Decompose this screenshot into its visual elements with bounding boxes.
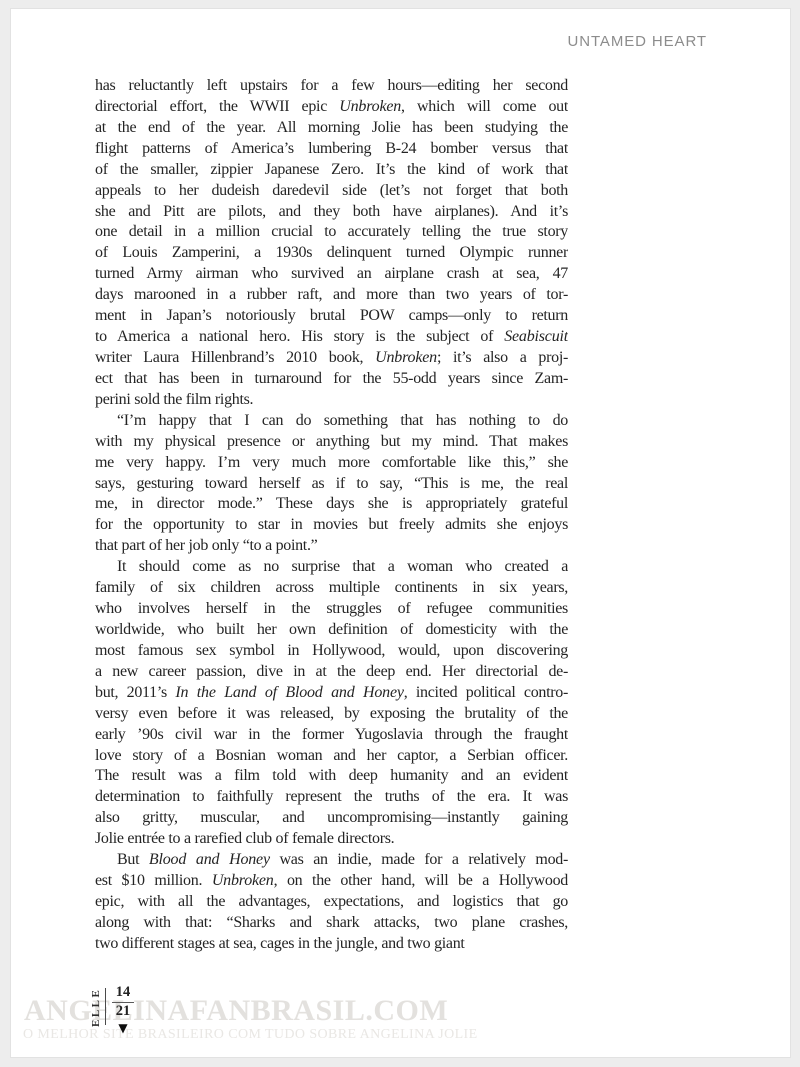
article-line: days marooned in a rubber raft, and more… — [95, 285, 568, 306]
article-line: It should come as no surprise that a wom… — [95, 557, 568, 578]
article-line: two different stages at sea, cages in th… — [95, 934, 568, 955]
article-line: flight patterns of America’s lumbering B… — [95, 139, 568, 160]
article-line: early ’90s civil war in the former Yugos… — [95, 725, 568, 746]
article-line: writer Laura Hillenbrand’s 2010 book, Un… — [95, 348, 568, 369]
article-line: ment in Japan’s notoriously brutal POW c… — [95, 306, 568, 327]
article-line: turned Army airman who survived an airpl… — [95, 264, 568, 285]
article-text: has reluctantly left upstairs for a few … — [95, 76, 568, 955]
article-line: est $10 million. Unbroken, on the other … — [95, 871, 568, 892]
article-line: epic, with all the advantages, expectati… — [95, 892, 568, 913]
article-line: worldwide, who built her own definition … — [95, 620, 568, 641]
footer-divider-line — [105, 988, 106, 1025]
article-line: me, in director mode.” These days she is… — [95, 494, 568, 515]
article-line: along with that: “Sharks and shark attac… — [95, 913, 568, 934]
magazine-logo: ELLE — [90, 987, 102, 1027]
page-number: 21 — [116, 1004, 131, 1020]
article-line: family of six children across multiple c… — [95, 578, 568, 599]
article-line: that part of her job only “to a point.” — [95, 536, 568, 557]
running-head-title: UNTAMED HEART — [568, 33, 708, 50]
watermark-site-text: ANGELINAFANBRASIL.COM — [24, 994, 448, 1028]
article-line: me very happy. I’m very much more comfor… — [95, 453, 568, 474]
article-line: Jolie entrée to a rarefied club of femal… — [95, 829, 568, 850]
article-line: perini sold the film rights. — [95, 390, 568, 411]
article-line: also gritty, muscular, and uncompromisin… — [95, 808, 568, 829]
issue-page-numbers: 14 21 ▼ — [109, 985, 137, 1034]
article-line: a new career passion, dive in at the dee… — [95, 662, 568, 683]
page-footer-marker: ELLE 14 21 ▼ — [90, 985, 137, 1034]
article-line: love story of a Bosnian woman and her ca… — [95, 746, 568, 767]
article-line: has reluctantly left upstairs for a few … — [95, 76, 568, 97]
article-line: The result was a film told with deep hum… — [95, 766, 568, 787]
article-line: with my physical presence or anything bu… — [95, 432, 568, 453]
article-line: who involves herself in the struggles of… — [95, 599, 568, 620]
article-line: at the end of the year. All morning Joli… — [95, 118, 568, 139]
article-line: But Blood and Honey was an indie, made f… — [95, 850, 568, 871]
article-line: ect that has been in turnaround for the … — [95, 369, 568, 390]
article-line: says, gesturing toward herself as if to … — [95, 474, 568, 495]
article-line: to America a national hero. His story is… — [95, 327, 568, 348]
article-line: but, 2011’s In the Land of Blood and Hon… — [95, 683, 568, 704]
issue-number: 14 — [116, 985, 131, 1001]
article-line: of the smaller, zippier Japanese Zero. I… — [95, 160, 568, 181]
down-arrow-icon: ▼ — [118, 1022, 127, 1034]
article-line: appeals to her dudeish daredevil side (l… — [95, 181, 568, 202]
article-line: she and Pitt are pilots, and they both h… — [95, 202, 568, 223]
article-line: determination to faithfully represent th… — [95, 787, 568, 808]
article-line: for the opportunity to star in movies bu… — [95, 515, 568, 536]
magazine-page-scan: UNTAMED HEART has reluctantly left upsta… — [0, 0, 800, 1067]
article-line: most famous sex symbol in Hollywood, wou… — [95, 641, 568, 662]
article-line: of Louis Zamperini, a 1930s delinquent t… — [95, 243, 568, 264]
article-line: versy even before it was released, by ex… — [95, 704, 568, 725]
article-line: directorial effort, the WWII epic Unbrok… — [95, 97, 568, 118]
article-line: “I’m happy that I can do something that … — [95, 411, 568, 432]
article-line: one detail in a million crucial to accur… — [95, 222, 568, 243]
